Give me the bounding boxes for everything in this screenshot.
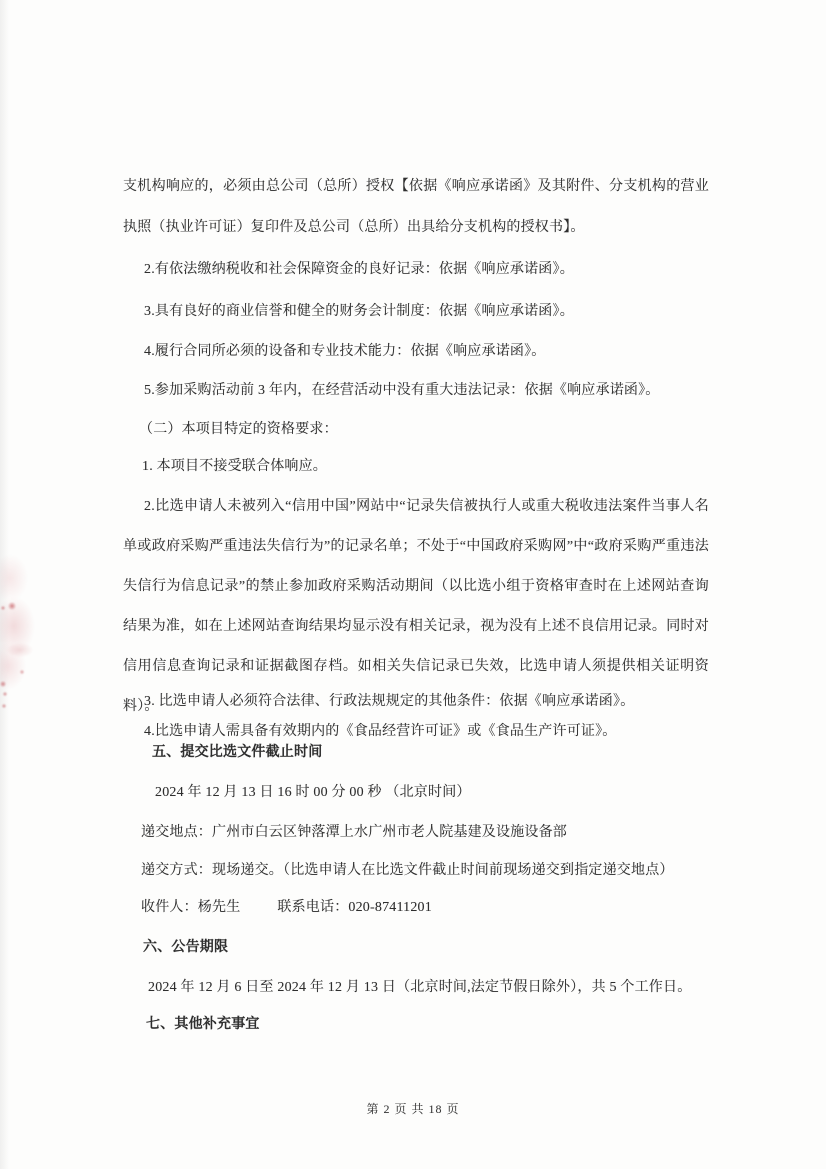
section-heading-submission-deadline: 五、提交比选文件截止时间 [123,732,709,773]
announcement-period-dates: 2024 年 12 月 6 日至 2024 年 12 月 13 日（北京时间,法… [123,967,709,1008]
scan-edge [0,0,9,1169]
deadline-datetime: 2024 年 12 月 13 日 16 时 00 分 00 秒 （北京时间） [123,772,709,813]
document-content: 支机构响应的，必须由总公司（总所）授权【依据《响应承诺函》及其附件、分支机构的营… [123,0,709,1169]
item-no-major-violations: 5.参加采购活动前 3 年内，在经营活动中没有重大违法记录：依据《响应承诺函》。 [123,370,709,411]
document-page: 支机构响应的，必须由总公司（总所）授权【依据《响应承诺函》及其附件、分支机构的营… [0,0,826,1169]
section-heading-announcement-period: 六、公告期限 [123,927,709,968]
section-heading-other-matters: 七、其他补充事宜 [123,1004,709,1045]
item-equipment-capability: 4.履行合同所必须的设备和专业技术能力：依据《响应承诺函》。 [123,331,709,372]
paragraph-branch-authorization: 支机构响应的，必须由总公司（总所）授权【依据《响应承诺函》及其附件、分支机构的营… [123,166,709,248]
page-number: 第 2 页 共 18 页 [0,1098,826,1120]
item-tax-social-security-record: 2.有依法缴纳税收和社会保障资金的良好记录：依据《响应承诺函》。 [123,249,709,290]
subsection-specific-qualifications: （二）本项目特定的资格要求： [123,409,709,450]
contact-phone: 联系电话：020-87411201 [277,900,432,915]
delivery-address: 递交地点：广州市白云区钟落潭上水广州市老人院基建及设施设备部 [123,812,709,853]
item-business-reputation: 3.具有良好的商业信誉和健全的财务会计制度：依据《响应承诺函》。 [123,291,709,332]
item-no-consortium: 1. 本项目不接受联合体响应。 [123,446,709,487]
recipient-name: 收件人：杨先生 [141,900,240,915]
delivery-method: 递交方式：现场递交。（比选申请人在比选文件截止时间前现场递交到指定递交地点） [123,850,709,891]
contact-line: 收件人：杨先生联系电话：020-87411201 [123,887,709,928]
